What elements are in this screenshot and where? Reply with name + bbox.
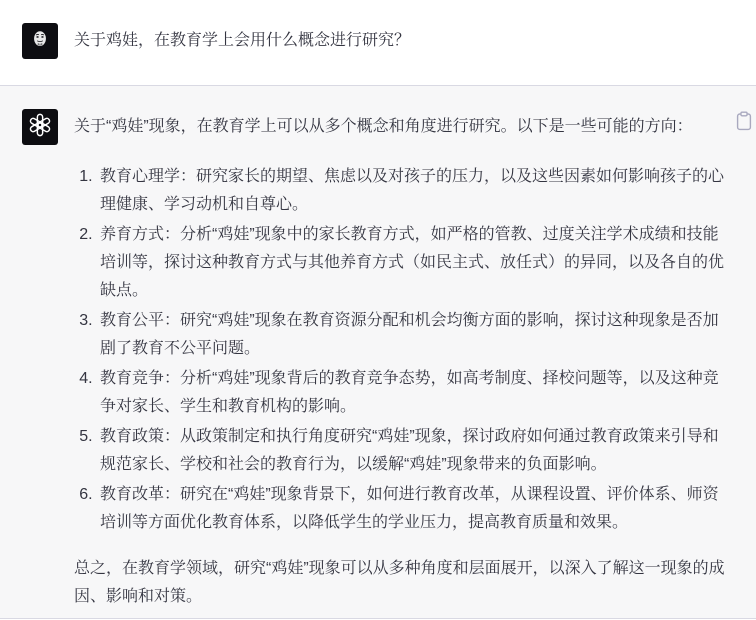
list-item: 教育政策：从政策制定和执行角度研究“鸡娃”现象，探讨政府如何通过教育政策来引导和…: [97, 423, 726, 479]
clipboard-icon: [736, 111, 752, 134]
assistant-avatar: [22, 109, 58, 145]
mask-face-icon: [27, 26, 53, 57]
user-message: 关于鸡娃，在教育学上会用什么概念进行研究？: [0, 0, 756, 86]
list-item: 教育竞争：分析“鸡娃”现象背后的教育竞争态势，如高考制度、择校问题等，以及这种竞…: [97, 365, 726, 421]
assistant-conclusion-text: 总之，在教育学领域，研究“鸡娃”现象可以从多种角度和层面展开，以深入了解这一现象…: [74, 555, 726, 611]
user-message-content: 关于鸡娃，在教育学上会用什么概念进行研究？: [74, 23, 726, 85]
user-avatar: [22, 23, 58, 59]
user-message-text: 关于鸡娃，在教育学上会用什么概念进行研究？: [74, 27, 726, 55]
list-item: 教育改革：研究在“鸡娃”现象背景下，如何进行教育改革，从课程设置、评价体系、师资…: [97, 481, 726, 537]
concept-list: 教育心理学：研究家长的期望、焦虑以及对孩子的压力，以及这些因素如何影响孩子的心理…: [74, 163, 726, 537]
assistant-intro-text: 关于“鸡娃”现象，在教育学上可以从多个概念和角度进行研究。以下是一些可能的方向：: [74, 113, 726, 141]
assistant-message: 关于“鸡娃”现象，在教育学上可以从多个概念和角度进行研究。以下是一些可能的方向：…: [0, 86, 756, 619]
copy-button[interactable]: [736, 111, 754, 133]
list-item: 养育方式：分析“鸡娃”现象中的家长教育方式，如严格的管教、过度关注学术成绩和技能…: [97, 221, 726, 305]
list-item: 教育公平：研究“鸡娃”现象在教育资源分配和机会均衡方面的影响，探讨这种现象是否加…: [97, 307, 726, 363]
chat-conversation: 关于鸡娃，在教育学上会用什么概念进行研究？ 关于“鸡娃”现象，: [0, 0, 756, 620]
list-item: 教育心理学：研究家长的期望、焦虑以及对孩子的压力，以及这些因素如何影响孩子的心理…: [97, 163, 726, 219]
openai-logo-icon: [26, 111, 54, 144]
assistant-message-content: 关于“鸡娃”现象，在教育学上可以从多个概念和角度进行研究。以下是一些可能的方向：…: [74, 109, 726, 618]
